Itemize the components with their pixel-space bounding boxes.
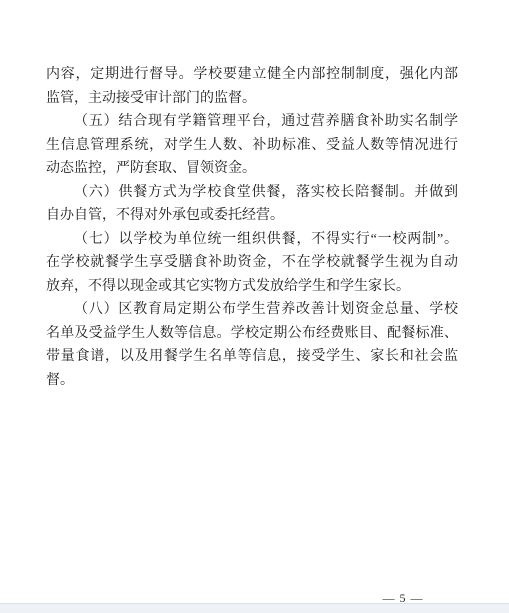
text-line: 在学校就餐学生享受膳食补助资金，不在学校就餐学生视为自动 xyxy=(46,251,458,275)
text-line: 带量食谱，以及用餐学生名单等信息，接受学生、家长和社会监 xyxy=(46,345,458,369)
text-line: 生信息管理系统，对学生人数、补助标准、受益人数等情况进行 xyxy=(46,134,458,158)
text-line: 放弃，不得以现金或其它实物方式发放给学生和学生家长。 xyxy=(46,275,458,299)
page-bottom-gap xyxy=(0,603,509,613)
body-text: 内容，定期进行督导。学校要建立健全内部控制制度，强化内部 监管，主动接受审计部门… xyxy=(46,63,458,392)
text-line: （六）供餐方式为学校食堂供餐，落实校长陪餐制。并做到 xyxy=(46,181,458,205)
text-line: 动态监控，严防套取、冒领资金。 xyxy=(46,157,458,181)
text-line: （五）结合现有学籍管理平台，通过营养膳食补助实名制学 xyxy=(46,110,458,134)
document-page: 内容，定期进行督导。学校要建立健全内部控制制度，强化内部 监管，主动接受审计部门… xyxy=(0,0,509,613)
text-line: 监管，主动接受审计部门的监督。 xyxy=(46,87,458,111)
text-line: 督。 xyxy=(46,369,458,393)
text-line: （七）以学校为单位统一组织供餐，不得实行“一校两制”。 xyxy=(46,228,458,252)
text-line: 名单及受益学生人数等信息。学校定期公布经费账目、配餐标准、 xyxy=(46,322,458,346)
text-line: （八）区教育局定期公布学生营养改善计划资金总量、学校 xyxy=(46,298,458,322)
text-line: 内容，定期进行督导。学校要建立健全内部控制制度，强化内部 xyxy=(46,63,458,87)
text-line: 自办自管，不得对外承包或委托经营。 xyxy=(46,204,458,228)
